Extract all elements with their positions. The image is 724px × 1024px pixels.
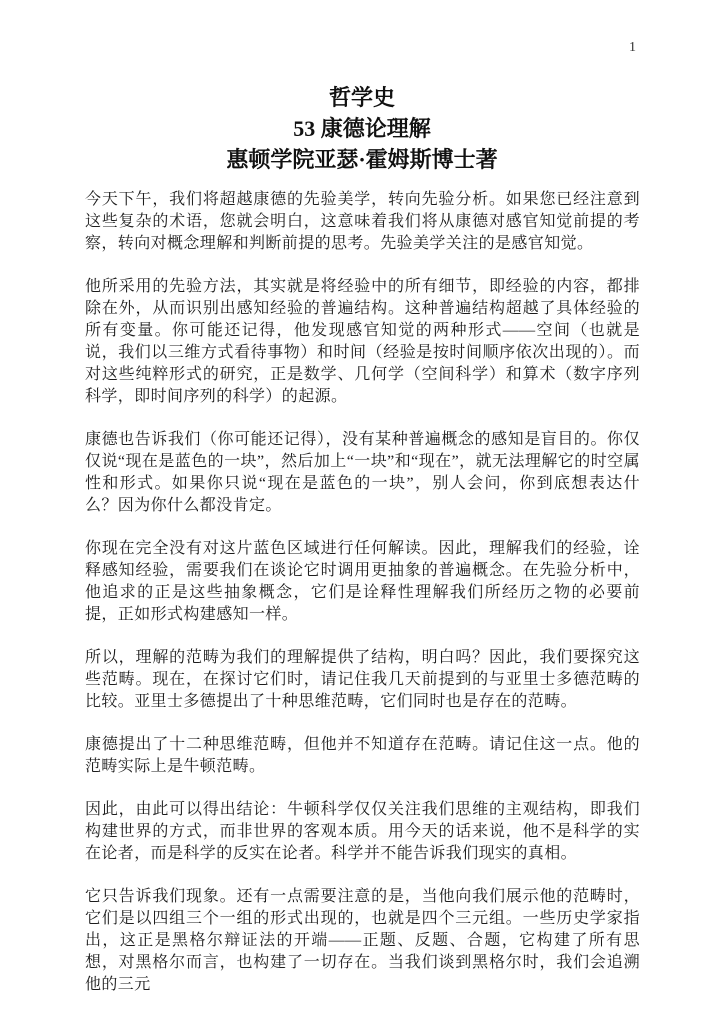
doc-title: 哲学史 (0, 82, 724, 113)
paragraph: 康德也告诉我们（你可能还记得），没有某种普遍概念的感知是盲目的。你仅仅说“现在是… (85, 429, 640, 517)
document-body: 今天下午，我们将超越康德的先验美学，转向先验分析。如果您已经注意到这些复杂的术语… (85, 189, 640, 996)
paragraph: 所以，理解的范畴为我们的理解提供了结构，明白吗？因此，我们要探究这些范畴。现在，… (85, 647, 640, 713)
paragraph: 他所采用的先验方法，其实就是将经验中的所有细节，即经验的内容，都排除在外，从而识… (85, 276, 640, 408)
paragraph: 它只告诉我们现象。还有一点需要注意的是，当他向我们展示他的范畴时，它们是以四组三… (85, 886, 640, 996)
page-number: 1 (629, 40, 636, 56)
paragraph: 康德提出了十二种思维范畴，但他并不知道存在范畴。请记住这一点。他的范畴实际上是牛… (85, 734, 640, 778)
paragraph: 今天下午，我们将超越康德的先验美学，转向先验分析。如果您已经注意到这些复杂的术语… (85, 189, 640, 255)
paragraph: 因此，由此可以得出结论：牛顿科学仅仅关注我们思维的主观结构，即我们构建世界的方式… (85, 799, 640, 865)
doc-author: 惠顿学院亚瑟·霍姆斯博士著 (0, 144, 724, 175)
document-page: 1 哲学史 53 康德论理解 惠顿学院亚瑟·霍姆斯博士著 今天下午，我们将超越康… (0, 0, 724, 1024)
document-header: 哲学史 53 康德论理解 惠顿学院亚瑟·霍姆斯博士著 (0, 0, 724, 175)
paragraph: 你现在完全没有对这片蓝色区域进行任何解读。因此，理解我们的经验，诠释感知经验，需… (85, 538, 640, 626)
doc-subtitle: 53 康德论理解 (0, 113, 724, 144)
